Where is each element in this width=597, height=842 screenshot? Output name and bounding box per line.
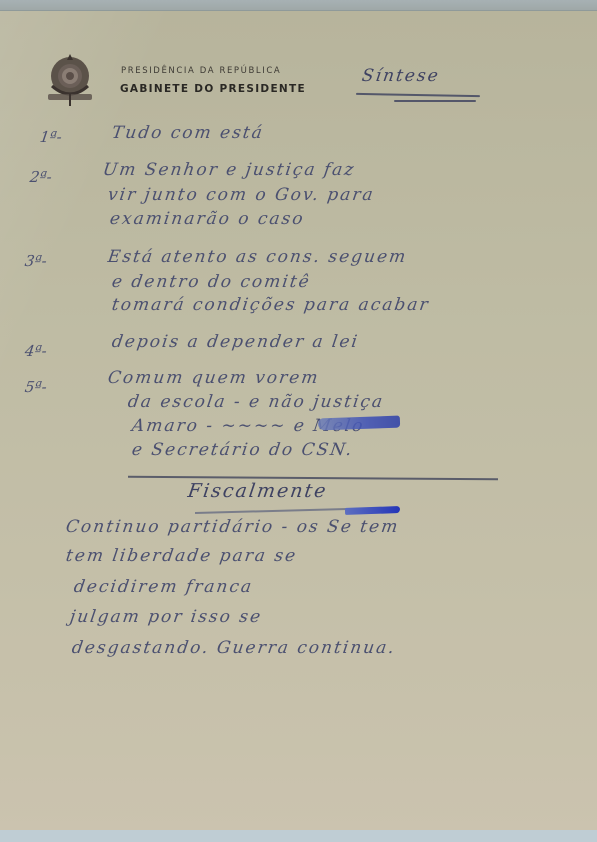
letterhead-cabinet: GABINETE DO PRESIDENTE (120, 83, 306, 95)
item-number: 5ª- (24, 378, 48, 396)
closing-line: Continuo partidário - os Se tem (65, 517, 401, 537)
item-number: 3ª- (24, 252, 48, 270)
item-line: Está atento as cons. seguem (107, 247, 409, 267)
scan-background-bottom (0, 830, 597, 842)
item-line: tomará condições para acabar (111, 295, 431, 315)
crossed-out-word (318, 416, 400, 431)
item-number: 2ª- (29, 168, 53, 186)
item-line: vir junto com o Gov. para (107, 185, 376, 205)
item-line: e dentro do comitê (111, 272, 312, 292)
section-title: Fiscalmente (186, 480, 329, 502)
item-line: Comum quem vorem (107, 368, 321, 388)
item-line: depois a depender a lei (111, 332, 361, 352)
item-line: da escola - e não justiça (127, 392, 386, 412)
item-line: Tudo com está (111, 123, 266, 143)
item-line: examinarão o caso (109, 209, 306, 229)
letter-sheet: PRESIDÊNCIA DA REPÚBLICA GABINETE DO PRE… (0, 10, 597, 830)
item-number: 1ª- (39, 128, 63, 146)
heading-synthesis: Síntese (361, 66, 442, 86)
item-line: e Secretário do CSN. (131, 440, 355, 460)
item-line: Um Senhor e justiça faz (102, 160, 357, 180)
letterhead-presidency: PRESIDÊNCIA DA REPÚBLICA (121, 66, 281, 76)
section-title-underline-blue (345, 506, 400, 515)
heading-underline (356, 93, 480, 97)
closing-line: decidirem franca (73, 577, 255, 597)
closing-line: tem liberdade para se (65, 546, 299, 566)
brazil-coat-of-arms-icon (42, 50, 98, 108)
heading-underline-2 (394, 100, 476, 102)
closing-line: julgam por isso se (69, 607, 264, 627)
closing-line: desgastando. Guerra continua. (71, 638, 398, 658)
item-number: 4ª- (24, 342, 48, 360)
section-title-underline (195, 508, 347, 514)
